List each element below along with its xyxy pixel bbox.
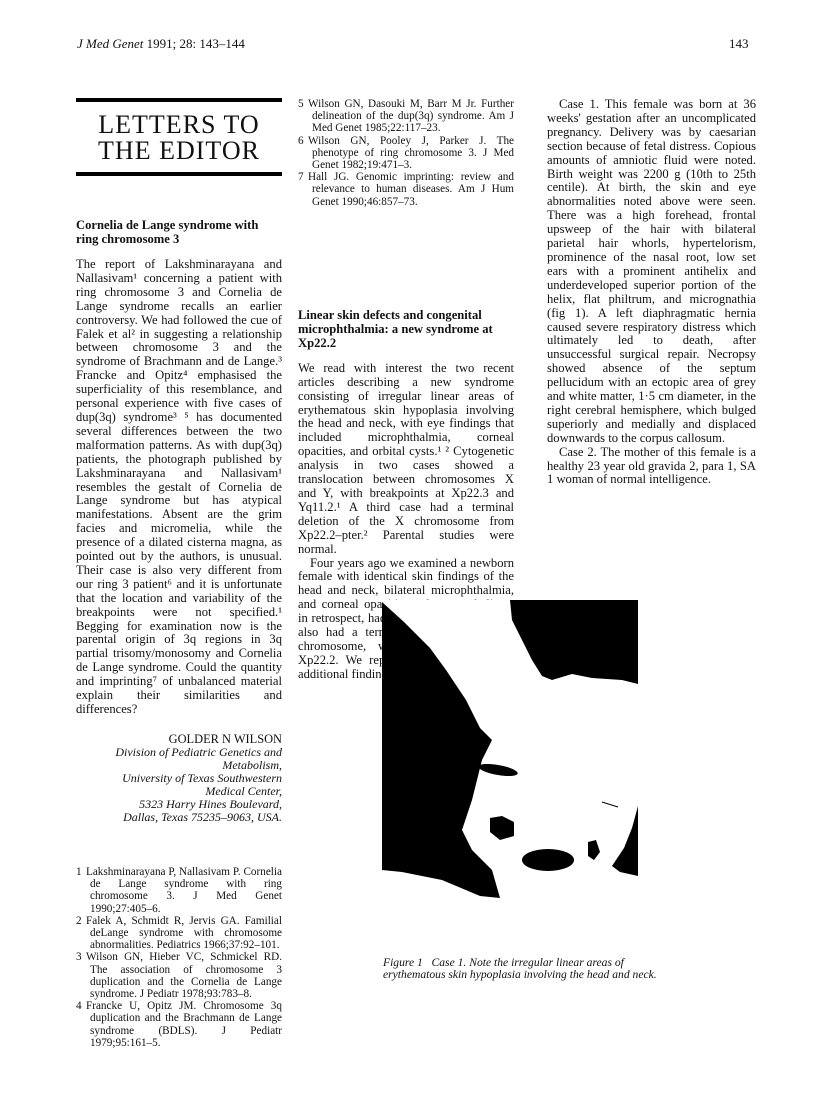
letter2-case1-paragraph: Case 1. This female was born at 36 weeks… xyxy=(547,98,756,446)
reference-item: 4Francke U, Opitz JM. Chromosome 3q dupl… xyxy=(76,1000,282,1049)
letter1-references: 1Lakshminarayana P, Nallasivam P. Cornel… xyxy=(76,866,282,1049)
figure-caption-text: Case 1. Note the irregular linear areas … xyxy=(383,956,657,981)
affiliation-line: Division of Pediatric Genetics and Metab… xyxy=(76,746,282,772)
reference-item: 3Wilson GN, Hieber VC, Schmickel RD. The… xyxy=(76,951,282,1000)
letter1-signature: GOLDER N WILSON Division of Pediatric Ge… xyxy=(76,733,282,824)
affiliation-line: University of Texas Southwestern xyxy=(76,772,282,785)
reference-item: 5Wilson GN, Dasouki M, Barr M Jr. Furthe… xyxy=(298,98,514,135)
figure-1-caption: Figure 1 Case 1. Note the irregular line… xyxy=(383,957,683,982)
affiliation-line: 5323 Harry Hines Boulevard, xyxy=(76,798,282,811)
affiliation-line: Dallas, Texas 75235–9063, USA. xyxy=(76,811,282,824)
letter2-paragraph: We read with interest the two recent art… xyxy=(298,362,514,557)
section-banner: LETTERS TO THE EDITOR xyxy=(76,98,282,176)
letter2-case2-paragraph: Case 2. The mother of this female is a h… xyxy=(547,446,756,488)
banner-line-2: THE EDITOR xyxy=(76,138,282,164)
journal-name: J Med Genet xyxy=(77,36,143,51)
column-1: LETTERS TO THE EDITOR Cornelia de Lange … xyxy=(76,98,282,1049)
reference-item: 1Lakshminarayana P, Nallasivam P. Cornel… xyxy=(76,866,282,915)
page-number: 143 xyxy=(729,36,749,52)
figure-label: Figure 1 xyxy=(383,956,423,969)
affiliation-line: Medical Center, xyxy=(76,785,282,798)
reference-item: 2Falek A, Schmidt R, Jervis GA. Familial… xyxy=(76,915,282,952)
letter2-title: Linear skin defects and congenital micro… xyxy=(298,308,514,350)
citation: 1991; 28: 143–144 xyxy=(143,36,244,51)
letter1-references-continued: 5Wilson GN, Dasouki M, Barr M Jr. Furthe… xyxy=(298,98,514,208)
reference-item: 6Wilson GN, Pooley J, Parker J. The phen… xyxy=(298,135,514,172)
author-name: GOLDER N WILSON xyxy=(76,733,282,746)
banner-line-1: LETTERS TO xyxy=(76,112,282,138)
column-2: 5Wilson GN, Dasouki M, Barr M Jr. Furthe… xyxy=(298,98,514,682)
running-head: J Med Genet 1991; 28: 143–144 xyxy=(77,36,245,52)
figure-1-photograph xyxy=(382,600,638,930)
letter1-title: Cornelia de Lange syndrome with ring chr… xyxy=(76,218,282,246)
column-3: Case 1. This female was born at 36 weeks… xyxy=(547,98,756,487)
reference-item: 7Hall JG. Genomic imprinting: review and… xyxy=(298,171,514,208)
letter1-body: The report of Lakshminarayana and Nallas… xyxy=(76,258,282,717)
